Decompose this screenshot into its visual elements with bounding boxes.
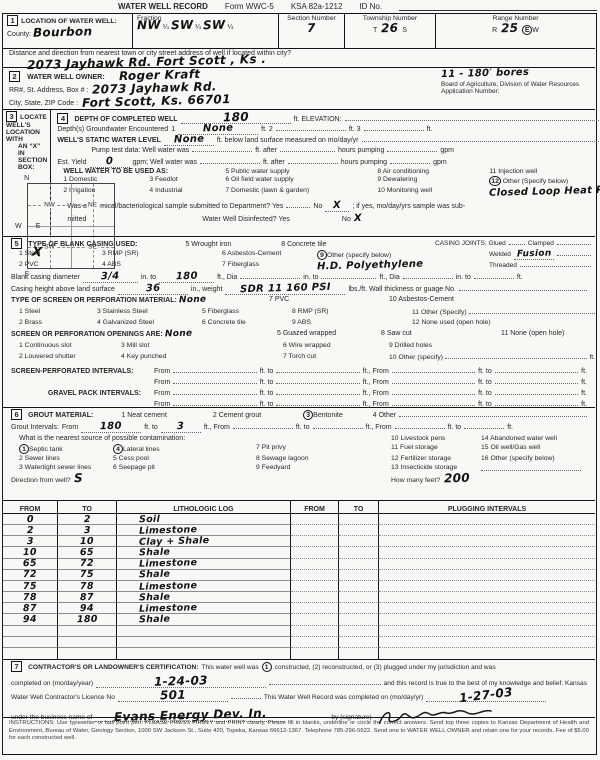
ft-to-label: ft. to <box>478 379 492 386</box>
col-to-header: TO <box>58 501 117 513</box>
casing-joints-label: CASING JOINTS: Glued <box>435 240 506 247</box>
casing-weight-value: SDR 11 160 PSI <box>240 283 331 295</box>
table-row: 78 87 Shale <box>3 592 595 603</box>
form-body: 1LOCATION OF WATER WELL: County: Bourbon… <box>2 13 597 755</box>
lateral-lines-label: Lateral lines <box>123 446 160 453</box>
city-state-zip-value: Fort Scott, Ks. 66701 <box>82 93 231 109</box>
center-horizontal-line <box>28 226 114 227</box>
form-number: Form WWC-5 <box>225 2 274 11</box>
litho-description: Limestone <box>139 525 198 536</box>
litho-description: Shale <box>139 592 170 602</box>
blank <box>469 308 595 314</box>
option: 2 PVC <box>19 261 102 272</box>
contamination-question: What is the nearest source of possible c… <box>19 435 391 442</box>
ft-after-label: ft. after <box>255 147 277 154</box>
blank <box>390 158 430 164</box>
option: 5 Cess pool <box>113 455 256 462</box>
ft-to-label: ft. to <box>296 424 310 431</box>
plug-interval-cell <box>379 570 595 581</box>
litho-from: 0 <box>26 515 33 525</box>
option: 4 ABS <box>102 261 222 272</box>
plug-to-cell <box>339 626 379 637</box>
litho-description: Limestone <box>139 603 198 614</box>
option: 7 Torch cut <box>283 353 389 364</box>
option: 7 Pit privy <box>256 444 391 454</box>
section-number-value: 7 <box>307 22 316 34</box>
form-header: WATER WELL RECORD Form WWC-5 KSA 82a-121… <box>118 2 597 11</box>
casing-other-value: H.D. Polyethylene <box>317 260 424 273</box>
plug-to-cell <box>339 603 379 614</box>
bentonite-label: Bentonite <box>313 412 343 419</box>
hours-pumping-label: hours pumping <box>341 159 387 166</box>
table-row: 87 94 Limestone <box>3 603 595 614</box>
yield-value: 0 <box>106 157 114 167</box>
table-row: 0 2 Soil <box>3 514 595 525</box>
county-cell: 1LOCATION OF WATER WELL: County: Bourbon <box>3 14 132 48</box>
screen-options-row-2: 2 Brass 4 Galvanized Steel 6 Concrete ti… <box>3 319 595 330</box>
contamination-options: What is the nearest source of possible c… <box>3 435 595 484</box>
blank <box>557 250 591 256</box>
gravel-intervals-label: GRAVEL PACK INTERVALS: <box>11 390 151 397</box>
plug-to-cell <box>339 648 379 659</box>
diameter-blank: 3/4 <box>83 272 138 283</box>
litho-from: 10 <box>23 548 37 558</box>
option: 12 Fertilizer storage <box>391 455 481 462</box>
option: 8 Saw cut <box>381 330 501 342</box>
plug-from-cell <box>291 514 339 525</box>
disinfected-no-x: X <box>354 214 362 224</box>
col-from-header: FROM <box>3 501 58 513</box>
north-label: N <box>24 175 29 182</box>
plug-from-cell <box>291 648 339 659</box>
option: 9 Feedyard <box>256 464 391 471</box>
feet-label: How many feet? <box>391 477 440 484</box>
ft-to-label: ft. to <box>260 368 274 375</box>
cert-text-2b: and this record is true to the best of m… <box>384 680 587 687</box>
option: 10 Monitoring well <box>377 187 489 197</box>
ft-from-label: ft., From <box>366 424 392 431</box>
diameter-depth-blank: 180 <box>159 272 214 283</box>
grout-interval-from: 180 <box>100 422 122 433</box>
option: 8 Air conditioning <box>377 168 489 175</box>
street-address-label: RR#, St. Address, Box # : <box>9 87 88 94</box>
clamped-label: Clamped <box>528 240 554 247</box>
option: 4 Key punched <box>121 353 283 364</box>
range-east-circled: E <box>522 25 532 35</box>
height-blank: 36 <box>118 284 188 295</box>
litho-description: Clay + Shale <box>139 536 210 547</box>
yield-label: Est. Yield <box>57 159 86 166</box>
ft-dia-label: ft., Dia <box>379 274 399 281</box>
ft-to-label: ft. to <box>448 424 462 431</box>
city-state-zip-label: City, State, ZIP Code : <box>9 100 78 107</box>
cert-text-1a: This water well was <box>201 664 258 671</box>
record-date-blank: 1-27-03 <box>426 689 546 702</box>
option: 8 RMP (SR) <box>292 308 412 319</box>
option: 5 Public water supply <box>225 168 377 175</box>
openings-options-row-2: 2 Louvered shutter 4 Key punched 7 Torch… <box>3 353 595 364</box>
blank <box>392 367 475 373</box>
ft-dia-label: ft., Dia <box>217 274 237 281</box>
litho-description: Shale <box>139 548 170 558</box>
cert-date: 1-24-03 <box>154 674 208 687</box>
option: 6 Asbestos-Cement <box>222 250 317 261</box>
table-row: 2 3 Limestone <box>3 525 595 536</box>
blank <box>495 389 578 395</box>
s-label: S <box>402 27 407 34</box>
depth-value: 180 <box>222 111 248 124</box>
litho-description: Shale <box>139 570 170 580</box>
lithologic-table: FROM TO LITHOLOGIC LOG FROM TO PLUGGING … <box>3 500 595 659</box>
option: 2 Cement grout <box>213 412 261 419</box>
instructions: INSTRUCTIONS: Use typewriter or ball poi… <box>3 717 595 756</box>
screen-material-row: TYPE OF SCREEN OR PERFORATION MATERIAL: … <box>3 296 595 308</box>
blank <box>399 411 587 417</box>
litho-to: 3 <box>83 526 90 536</box>
gw-2-label: ft. 2 <box>261 126 273 133</box>
depth-blank: 180 <box>181 111 291 124</box>
fraction-cell: Fraction NW ¼ SW ¼ SW ¼ <box>132 14 278 48</box>
plug-to-cell <box>339 614 379 625</box>
in-to-label: in. to <box>456 274 471 281</box>
gw-1-label: 1 <box>171 126 175 133</box>
litho-to: 2 <box>83 515 90 525</box>
section-1-number: 1 <box>7 15 18 26</box>
blank <box>403 273 453 279</box>
option: 7 PVC <box>269 296 389 308</box>
option: 11 Other (Specify) <box>412 309 467 316</box>
table-row: 3 10 Clay + Shale <box>3 536 595 547</box>
blank <box>481 465 581 471</box>
plug-interval-cell <box>379 547 595 558</box>
section-2-number: 2 <box>9 71 20 82</box>
option: 8 Sewage lagoon <box>256 455 391 462</box>
welded-value: Fusion <box>517 250 552 260</box>
ft-to-label: ft. to <box>144 424 158 431</box>
casing-other-circled: 9 <box>317 250 327 260</box>
table-row <box>3 637 595 648</box>
west-label: W <box>15 223 22 230</box>
plug-from-cell <box>291 637 339 648</box>
litho-from: 3 <box>26 537 33 547</box>
plug-from-cell <box>291 581 339 592</box>
from-label: From <box>154 379 170 386</box>
hours-pumping-label: hours pumping <box>338 147 384 154</box>
blank <box>392 378 475 384</box>
section-3-locate: 3LOCATE WELL'S LOCATION WITH AN “X” IN S… <box>3 110 51 236</box>
threaded-label: Threaded <box>489 262 517 269</box>
option: 11 Injection well <box>489 168 600 175</box>
constructed-circled: 1 <box>262 662 272 672</box>
lateral-lines-circled: 4 <box>113 444 123 454</box>
plug-interval-cell <box>379 525 595 536</box>
option: 9 Dewatering <box>377 176 489 186</box>
litho-to: 10 <box>80 537 94 547</box>
grout-interval-to: 3 <box>177 422 185 432</box>
use-other-label: Other (Specify below) <box>503 178 568 185</box>
option: 4 Other <box>373 412 396 419</box>
blank <box>276 400 359 406</box>
blank <box>495 367 578 373</box>
option: 6 Wire wrapped <box>283 342 389 353</box>
section-7-certification: 7 CONTRACTOR'S OR LANDOWNER'S CERTIFICAT… <box>3 659 595 717</box>
option: 3 Feedlot <box>149 176 225 186</box>
weight-label: in., weight <box>191 286 223 293</box>
plug-interval-cell <box>379 581 595 592</box>
pump-test-label: Pump test data: Well water was <box>91 147 189 154</box>
casing-other-label: Other (specify below) <box>327 252 391 259</box>
col-to2-header: TO <box>339 501 379 513</box>
litho-to: 65 <box>80 548 94 558</box>
quarter-label: ¼ <box>195 24 201 31</box>
ne-quadrant-label: NE <box>86 202 99 209</box>
option: 15 Oil well/Gas well <box>481 444 589 454</box>
range-cell: Range Number R 25 EW <box>435 14 595 48</box>
ft-label: ft. <box>427 126 433 133</box>
section-4-number: 4 <box>57 113 68 124</box>
section-2-owner: 2 WATER WELL OWNER: Roger Kraft RR#, St.… <box>3 67 595 109</box>
option: 10 Livestock pens <box>391 435 481 442</box>
plug-to-cell <box>339 514 379 525</box>
section-3-number: 3 <box>6 111 17 122</box>
record-completed-label: This Water Well Record was completed on … <box>264 694 423 701</box>
blank <box>286 202 310 208</box>
yield-blank: 0 <box>90 157 130 168</box>
option: 6 Concrete tile <box>202 319 292 330</box>
blank <box>173 367 256 373</box>
weight-blank: SDR 11 160 PSI <box>225 284 345 295</box>
option: 5 Guazed wrapped <box>277 330 381 342</box>
litho-to: 75 <box>80 570 94 580</box>
no-label: No <box>313 203 322 210</box>
section-4-depth: 4 DEPTH OF COMPLETED WELL 180 ft. ELEVAT… <box>51 110 600 236</box>
application-number-label: Application Number: <box>441 88 593 95</box>
section-5-casing: CASING JOINTS: Glued Clamped Welded Fusi… <box>3 236 595 407</box>
plug-from-cell <box>291 570 339 581</box>
option-bentonite: 3Bentonite <box>303 410 343 420</box>
table-header-row: FROM TO LITHOLOGIC LOG FROM TO PLUGGING … <box>3 501 595 514</box>
fraction-1: NW <box>137 19 161 32</box>
option: 7 Domestic (lawn & garden) <box>225 187 377 197</box>
blank <box>269 679 380 685</box>
section-5-title: TYPE OF BLANK CASING USED: <box>28 241 137 248</box>
casing-height-value: 36 <box>146 284 161 294</box>
blank <box>345 115 600 121</box>
feet-value: 200 <box>444 472 470 485</box>
grout-to-blank: 3 <box>161 422 201 433</box>
water-well-record-form: WATER WELL RECORD Form WWC-5 KSA 82a-121… <box>0 0 600 760</box>
option: 9 Drilled holes <box>389 342 595 353</box>
option: 7 Fiberglass <box>222 261 317 272</box>
litho-from: 65 <box>23 559 37 569</box>
owner-label: WATER WELL OWNER: <box>27 74 105 81</box>
section-5-number: 5 <box>11 238 22 249</box>
bores-note: 11 - 180′ bores <box>441 68 529 80</box>
r-label: R <box>492 27 497 34</box>
section-1-location: 1LOCATION OF WATER WELL: County: Bourbon… <box>3 14 595 48</box>
ft-label: ft. <box>517 274 523 281</box>
board-label: Board of Agriculture, Division of Water … <box>441 81 593 88</box>
option: 14 Abandoned water well <box>481 435 589 442</box>
blank <box>392 389 475 395</box>
id-blank <box>399 3 597 11</box>
plug-to-cell <box>339 570 379 581</box>
blank <box>395 423 445 429</box>
plug-to-cell <box>339 525 379 536</box>
blank <box>280 146 335 152</box>
plug-from-cell <box>291 603 339 614</box>
screen-material-label: TYPE OF SCREEN OR PERFORATION MATERIAL: <box>11 297 177 304</box>
blank <box>192 146 252 152</box>
blank <box>288 158 338 164</box>
ft-from-label: ft., From <box>363 390 389 397</box>
ft-to-label: ft. to <box>478 368 492 375</box>
plug-interval-cell <box>379 536 595 547</box>
option: 10 Asbestos-Cement <box>389 296 595 308</box>
blank <box>276 367 359 373</box>
ft-label: ft. <box>581 390 587 397</box>
litho-to: 94 <box>80 604 94 614</box>
blank <box>231 693 261 699</box>
welded-blank: Fusion <box>514 250 554 260</box>
ft-from-label: ft., From <box>363 368 389 375</box>
option: 1 Neat cement <box>121 412 167 419</box>
blank <box>200 158 260 164</box>
option-lateral-lines: 4Lateral lines <box>113 444 256 454</box>
option: 11 Fuel storage <box>391 444 481 454</box>
plug-from-cell <box>291 614 339 625</box>
grout-bentonite-circled: 3 <box>303 410 313 420</box>
licence-number: 501 <box>160 689 186 702</box>
plug-to-cell <box>339 536 379 547</box>
openings-value: None <box>165 330 193 340</box>
application-block: 11 - 180′ bores Board of Agriculture, Di… <box>441 69 593 95</box>
option: 2 Louvered shutter <box>19 353 121 364</box>
option: 9 ABS <box>292 319 412 330</box>
plug-from-cell <box>291 559 339 570</box>
table-row <box>3 648 595 659</box>
range-value: 25 <box>501 22 519 34</box>
gw-1-value: None <box>203 124 234 135</box>
option: 1 Steel <box>19 308 97 319</box>
plug-from-cell <box>291 626 339 637</box>
distance-row: Distance and direction from nearest town… <box>3 48 595 67</box>
blank <box>276 389 359 395</box>
yield-rest: gpm; Well water was <box>133 159 197 166</box>
screen-options-row-1: 1 Steel 3 Stainless Steel 5 Fiberglass 8… <box>3 308 595 319</box>
option: 3 Stainless Steel <box>97 308 202 319</box>
option: 5 Fiberglass <box>202 308 292 319</box>
blank <box>313 423 363 429</box>
plug-to-cell <box>339 559 379 570</box>
groundwater-label: Depth(s) Groundwater Encountered <box>57 126 168 133</box>
litho-description: Limestone <box>139 581 198 592</box>
weight-rest-label: lbs./ft. Wall thickness or guage No. <box>348 286 456 293</box>
instructions-text: INSTRUCTIONS: Use typewriter or ball poi… <box>9 720 589 741</box>
blank <box>240 273 300 279</box>
openings-options-row-1: 1 Continuous slot 3 Mill slot 6 Wire wra… <box>3 342 595 353</box>
plug-from-cell <box>291 536 339 547</box>
col-log-header: LITHOLOGIC LOG <box>117 501 291 513</box>
section-6-grout: 6 GROUT MATERIAL: 1 Neat cement 2 Cement… <box>3 407 595 500</box>
completed-on-label: completed on (mo/day/year) <box>11 680 93 687</box>
septic-tank-label: Septic tank <box>29 446 63 453</box>
blank <box>233 423 293 429</box>
plug-from-cell <box>291 547 339 558</box>
blank <box>173 378 256 384</box>
ft-from-label: ft., From <box>363 379 389 386</box>
blank <box>392 400 475 406</box>
sample-no-x: X <box>333 201 341 211</box>
screen-intervals-label: SCREEN-PERFORATED INTERVALS: <box>11 368 151 375</box>
col-from2-header: FROM <box>291 501 339 513</box>
plug-from-cell <box>291 592 339 603</box>
plug-interval-cell <box>379 637 595 648</box>
blank <box>464 423 504 429</box>
plug-interval-cell <box>379 603 595 614</box>
blank <box>276 125 346 131</box>
t-label: T <box>373 27 377 34</box>
litho-from: 94 <box>23 615 37 625</box>
option: 16 Other (specify below) <box>481 455 589 462</box>
blank <box>459 285 587 291</box>
ft-from-label: ft., From <box>204 424 230 431</box>
plug-interval-cell <box>379 626 595 637</box>
casing-depth-value: 180 <box>176 272 198 283</box>
plug-to-cell <box>339 547 379 558</box>
static-level-blank: None <box>164 135 214 146</box>
direction-label: Direction from well? <box>11 477 71 484</box>
plug-to-cell <box>339 581 379 592</box>
gpm-label: gpm <box>433 159 447 166</box>
plug-interval-cell <box>379 559 595 570</box>
ft-to-label: ft. to <box>260 379 274 386</box>
quarter-label: ¼ <box>163 24 169 31</box>
ft-after-label: ft. after <box>263 159 285 166</box>
ft-label: ft. <box>507 424 513 431</box>
option: 5 Wrought iron <box>185 241 231 248</box>
option: 3 Watertight sewer lines <box>19 464 113 471</box>
casing-height-label: Casing height above land surface <box>11 286 115 293</box>
depth-label: DEPTH OF COMPLETED WELL <box>74 116 177 123</box>
plug-from-cell <box>291 525 339 536</box>
blank <box>495 400 578 406</box>
blank <box>362 136 600 142</box>
fraction-2: SW <box>170 19 193 32</box>
sample-no-blank: X <box>325 201 349 212</box>
quarter-line <box>28 205 114 206</box>
table-row: 72 75 Shale <box>3 570 595 581</box>
option: 6 Oil field water supply <box>225 176 377 186</box>
w-label: W <box>532 27 539 34</box>
from-label: From <box>154 368 170 375</box>
ft-label: ft. <box>581 379 587 386</box>
plug-interval-cell <box>379 648 595 659</box>
ft-label: ft. <box>589 354 595 361</box>
option: 2 Brass <box>19 319 97 330</box>
certification-title: CONTRACTOR'S OR LANDOWNER'S CERTIFICATIO… <box>28 664 198 671</box>
nw-quadrant-label: NW <box>42 202 57 209</box>
litho-from: 75 <box>23 581 37 591</box>
in-to-label: in. to <box>141 274 156 281</box>
licence-label: Water Well Contractor's Licence No <box>11 694 115 701</box>
litho-to: 72 <box>80 559 94 569</box>
form-title: WATER WELL RECORD <box>118 2 208 11</box>
option: 3 Mill slot <box>121 342 283 353</box>
litho-from: 2 <box>26 526 33 536</box>
county-label: County: <box>7 31 31 38</box>
blank <box>387 146 437 152</box>
